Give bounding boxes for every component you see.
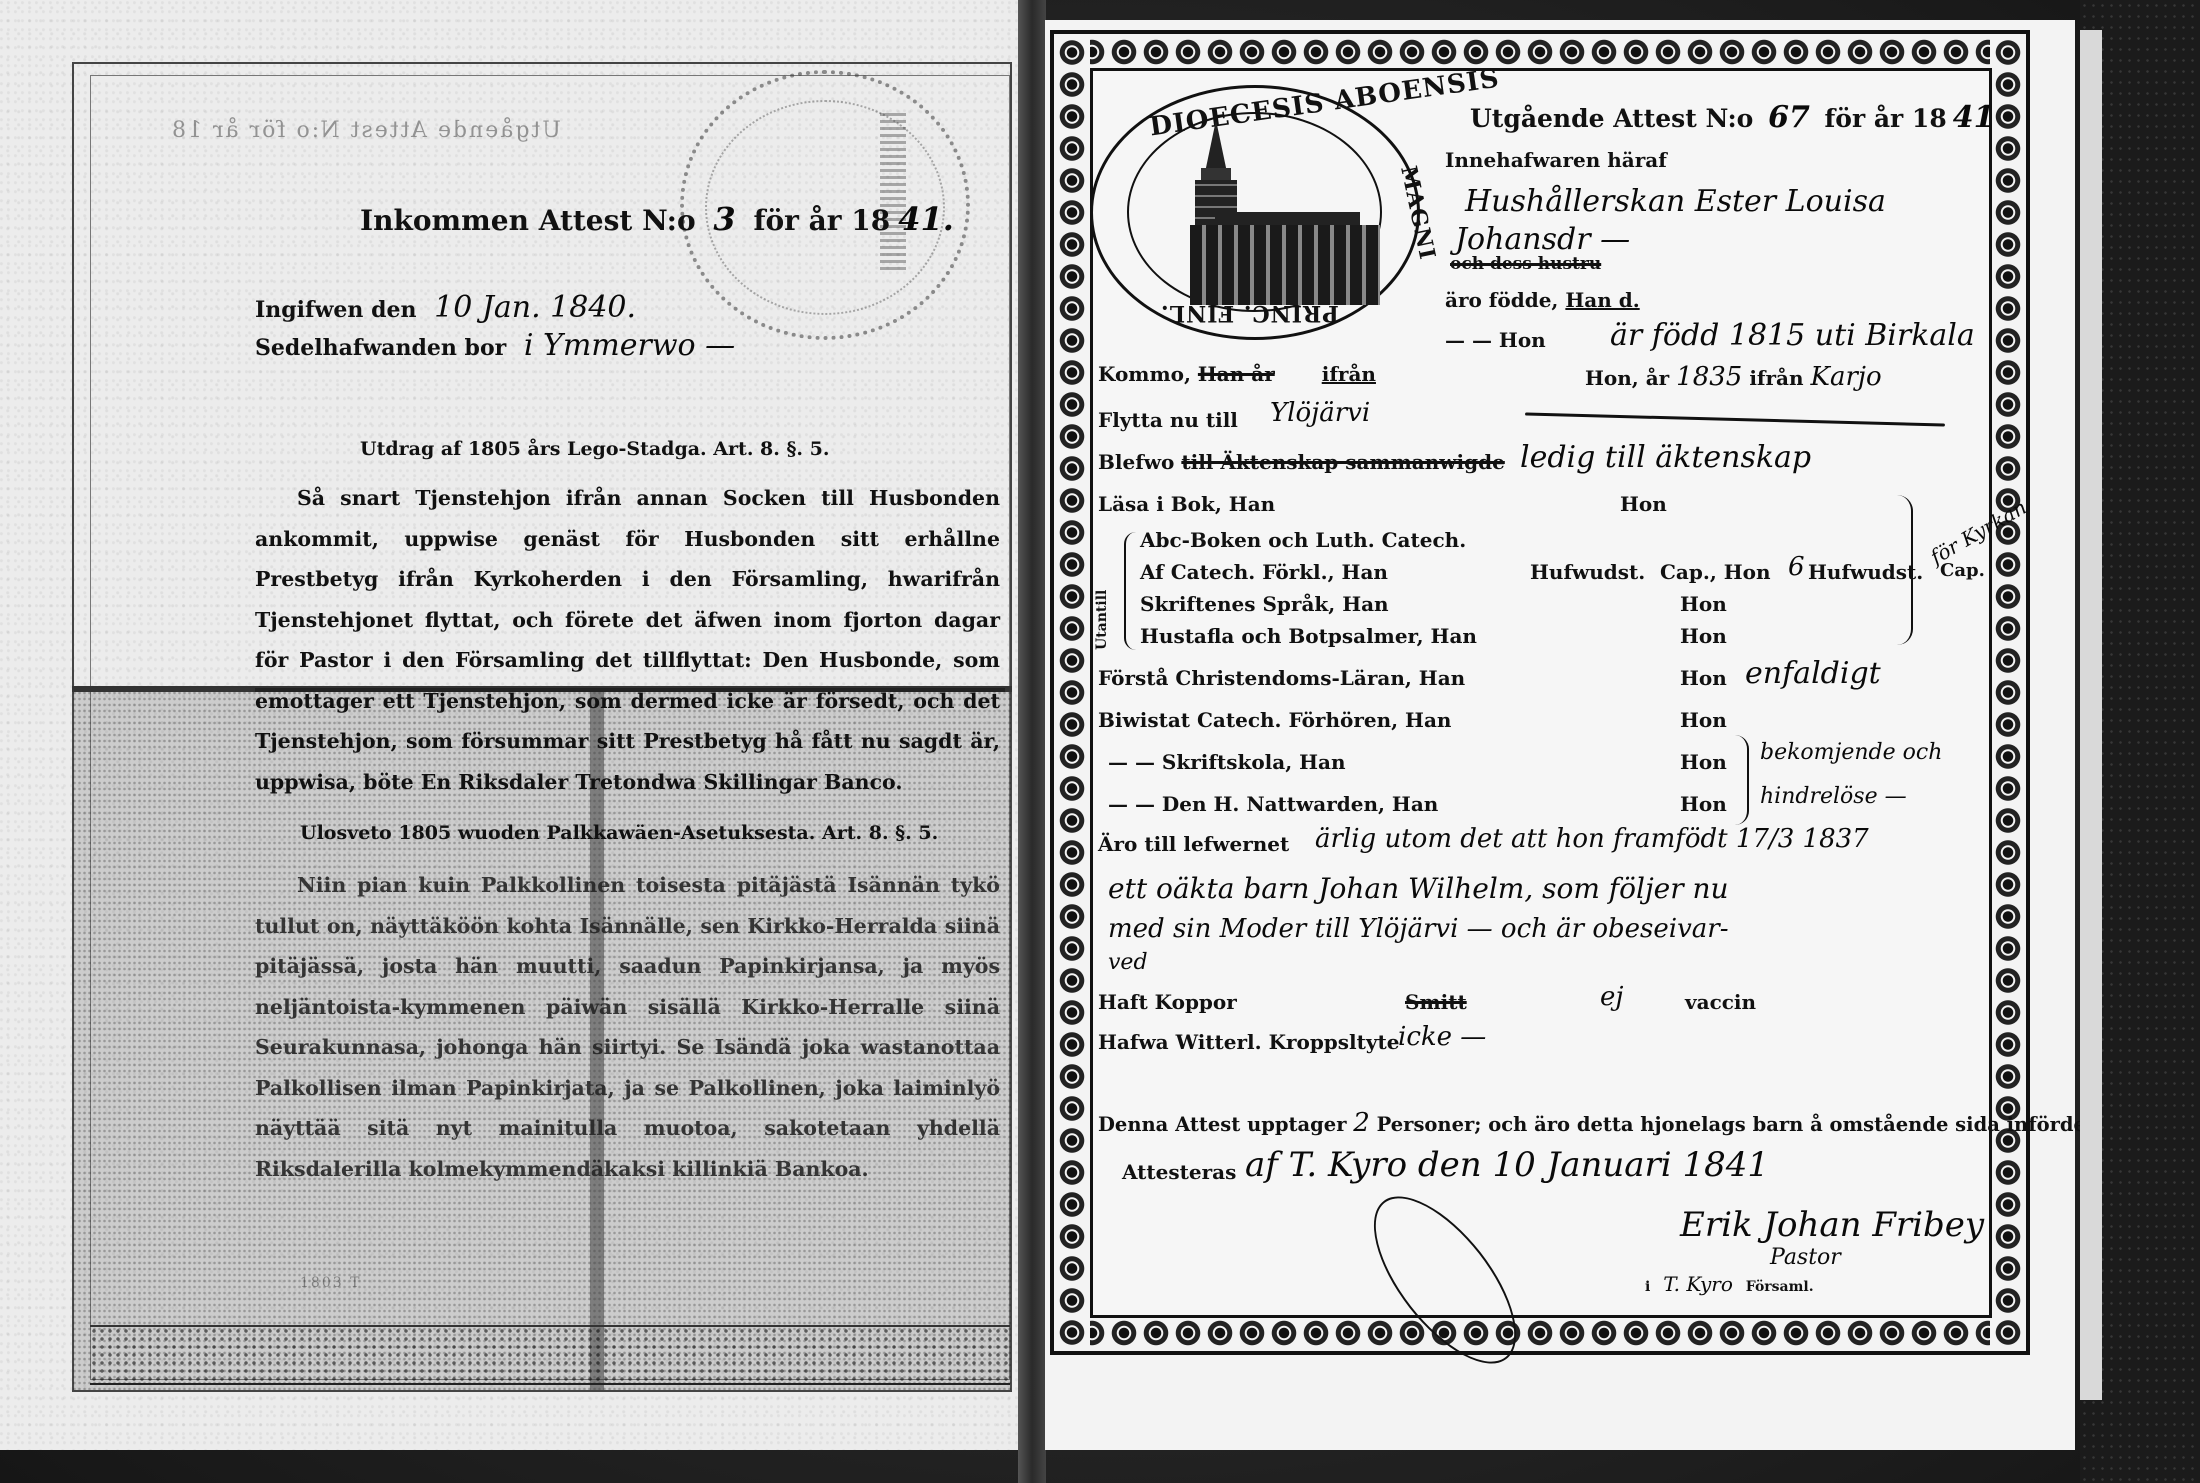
arrived-she-from-value: Karjo: [1811, 362, 1882, 392]
born-she-value: är född 1815 uti Birkala: [1610, 318, 1975, 353]
left-page-incoming-certificate: Utgående Attest N:o för år 18 Inkommen A…: [0, 0, 1020, 1450]
page-edge-strip: [2080, 30, 2102, 1400]
footer-mark: 1803 T: [300, 1275, 361, 1291]
reading-row-catechism-she-value: 6: [1788, 552, 1805, 582]
reading-row-scripture: Skriftenes Språk, Han: [1140, 592, 1389, 616]
summary-suffix: Personer; och äro detta hjonelags barn å…: [1377, 1113, 2093, 1136]
reading-group-brace: [1124, 532, 1136, 650]
parish-prefix: i: [1645, 1279, 1650, 1295]
residence-label: Sedelhafwanden bor: [255, 335, 506, 361]
arrived-line: Kommo, Han år ifrån: [1098, 362, 1376, 386]
rosette-border-left: [1054, 34, 1090, 1351]
vaccine-label: vaccin: [1685, 990, 1756, 1014]
married-line: Blefwo till Äktenskap sammanwigde: [1098, 450, 1505, 474]
title-year-prefix: för år 18: [1825, 104, 1947, 133]
born-she-label: — — Hon: [1445, 328, 1546, 352]
arrived-from-label: ifrån: [1322, 362, 1376, 386]
person-count: 2: [1353, 1108, 1370, 1138]
attested-label: Attesteras: [1122, 1160, 1236, 1184]
attested-value: af T. Kyro den 10 Januari 1841: [1245, 1145, 1769, 1185]
conduct-line4: ved: [1108, 950, 1148, 975]
arrived-he-struck: Han år: [1198, 362, 1275, 386]
finnish-statute-heading: Ulosveto 1805 wuoden Palkkawäen-Asetukse…: [300, 822, 938, 844]
book-spine: [1018, 0, 1046, 1483]
born-he-label: Han d.: [1565, 288, 1639, 312]
reading-row-hymns-she: Hon: [1680, 624, 1727, 648]
moving-to-label: Flytta nu till: [1098, 408, 1238, 432]
given-date-label: Ingifwen den: [255, 297, 416, 323]
signature-name: Erik Johan Fribey: [1680, 1205, 1984, 1245]
residence-line: Sedelhafwanden bor i Ymmerwo —: [255, 328, 735, 363]
fold-strike-mark: [255, 688, 1005, 692]
holder-name-line2: Johansdr —: [1455, 222, 1630, 257]
title-prefix: Utgående Attest N:o: [1470, 104, 1753, 133]
communion-note-line2: hindrelöse —: [1760, 784, 1907, 809]
arrived-she-from-label: ifrån: [1749, 366, 1803, 390]
rosette-border-right: [1990, 34, 2026, 1351]
communion-she: Hon: [1680, 792, 1727, 816]
reading-row-catechism-main: Hufwudst.: [1530, 560, 1645, 584]
communion-note-line1: bekomjende och: [1760, 740, 1942, 765]
catechism-attendance-label: Biwistat Catech. Förhören, Han: [1098, 708, 1451, 732]
faded-seal-church-icon: [880, 110, 906, 270]
married-status-value: ledig till äktenskap: [1520, 440, 1811, 475]
finnish-statute-text: Niin pian kuin Palkkollinen toisesta pit…: [255, 865, 1000, 1189]
conduct-line2: ett oäkta barn Johan Wilhelm, som följer…: [1108, 872, 1729, 905]
catechism-attendance-she: Hon: [1680, 708, 1727, 732]
handwritten-brace: [1895, 495, 1913, 645]
parish-line: i T. Kyro Församl.: [1645, 1272, 1814, 1296]
certificate-number: 3: [713, 200, 735, 238]
communion-label: — — Den H. Nattwarden, Han: [1108, 792, 1438, 816]
summary-prefix: Denna Attest upptager: [1098, 1113, 1346, 1136]
moving-to-value: Ylöjärvi: [1270, 398, 1370, 428]
given-date-value: 10 Jan. 1840.: [434, 290, 636, 325]
arrived-label: Kommo,: [1098, 362, 1191, 386]
parish-name: T. Kyro: [1663, 1272, 1733, 1296]
certificate-year: 41: [1953, 100, 1995, 135]
confession-school-she: Hon: [1680, 750, 1727, 774]
holder-label: Innehafwaren häraf: [1445, 148, 1667, 172]
signature-title: Pastor: [1770, 1245, 1841, 1270]
margin-cap-label: Cap.: [1940, 560, 1985, 581]
born-label-text: äro födde,: [1445, 288, 1558, 312]
reading-row-catechism-cap: Cap., Hon: [1660, 560, 1771, 584]
confession-school-label: — — Skriftskola, Han: [1108, 750, 1346, 774]
reading-row-scripture-she: Hon: [1680, 592, 1727, 616]
residence-value: i Ymmerwo —: [524, 328, 735, 363]
smallpox-label: Haft Koppor: [1098, 990, 1237, 1014]
legal-issues-value: icke —: [1398, 1022, 1486, 1052]
rosette-border-bottom: [1054, 1315, 2026, 1351]
reading-label: Läsa i Bok, Han: [1098, 492, 1275, 516]
smallpox-struck: Smitt: [1405, 990, 1467, 1014]
swedish-statute-text: Så snart Tjenstehjon ifrån annan Socken …: [255, 478, 1000, 802]
understanding-value: enfaldigt: [1745, 656, 1881, 691]
reading-row-hymns: Hustafla och Botpsalmer, Han: [1140, 624, 1477, 648]
married-label: Blefwo: [1098, 450, 1174, 474]
conduct-line1: ärlig utom det att hon framfödt 17/3 183…: [1315, 824, 1869, 854]
left-page-bottom-border: [90, 1325, 1010, 1385]
incoming-certificate-title: Inkommen Attest N:o 3 för år 1841.: [360, 200, 962, 238]
conduct-line3: med sin Moder till Ylöjärvi — och är obe…: [1108, 914, 1728, 944]
given-date-line: Ingifwen den 10 Jan. 1840.: [255, 290, 636, 325]
arrived-she-year: 1835: [1676, 362, 1742, 392]
smallpox-value: ej: [1600, 982, 1623, 1012]
reading-row-abc: Abc-Boken och Luth. Catech.: [1140, 528, 1466, 552]
holder-name-line1: Hushållerskan Ester Louisa: [1465, 184, 1886, 219]
parish-suffix: Församl.: [1746, 1279, 1814, 1295]
reading-she-label: Hon: [1620, 492, 1667, 516]
swedish-statute-heading: Utdrag af 1805 års Lego-Stadga. Art. 8. …: [360, 438, 830, 460]
arrived-she-label: Hon, år: [1585, 366, 1669, 390]
certificate-year: 41.: [898, 200, 954, 238]
title-year-prefix: för år 18: [753, 204, 890, 237]
reading-row-catechism: Af Catech. Förkl., Han: [1140, 560, 1388, 584]
conduct-label: Äro till lefwernet: [1098, 832, 1289, 856]
spouse-label-struck: och dess hustru: [1450, 254, 1601, 274]
outgoing-certificate-title: Utgående Attest N:o 67 för år 1841: [1470, 100, 2000, 135]
married-struck-text: till Äktenskap sammanwigde: [1181, 450, 1504, 474]
mirrored-ghost-header: Utgående Attest N:o för år 18: [170, 118, 561, 143]
church-nave-icon: [1190, 225, 1380, 305]
born-label: äro födde, Han d.: [1445, 288, 1640, 312]
scan-right-edge: [2080, 0, 2200, 1483]
understanding-label: Förstå Christendoms-Läran, Han: [1098, 666, 1465, 690]
by-heart-vertical-label: Utantill: [1094, 590, 1110, 650]
summary-line: Denna Attest upptager 2 Personer; och är…: [1098, 1108, 2093, 1138]
legal-issues-label: Hafwa Witterl. Kroppsltyte: [1098, 1030, 1399, 1054]
certificate-number: 67: [1768, 100, 1810, 135]
communion-brace: [1735, 735, 1749, 825]
title-prefix: Inkommen Attest N:o: [360, 204, 696, 237]
arrived-she-line: Hon, år 1835 ifrån Karjo: [1585, 362, 1882, 392]
understanding-she-label: Hon: [1680, 666, 1727, 690]
rosette-border-top: [1054, 34, 2026, 70]
